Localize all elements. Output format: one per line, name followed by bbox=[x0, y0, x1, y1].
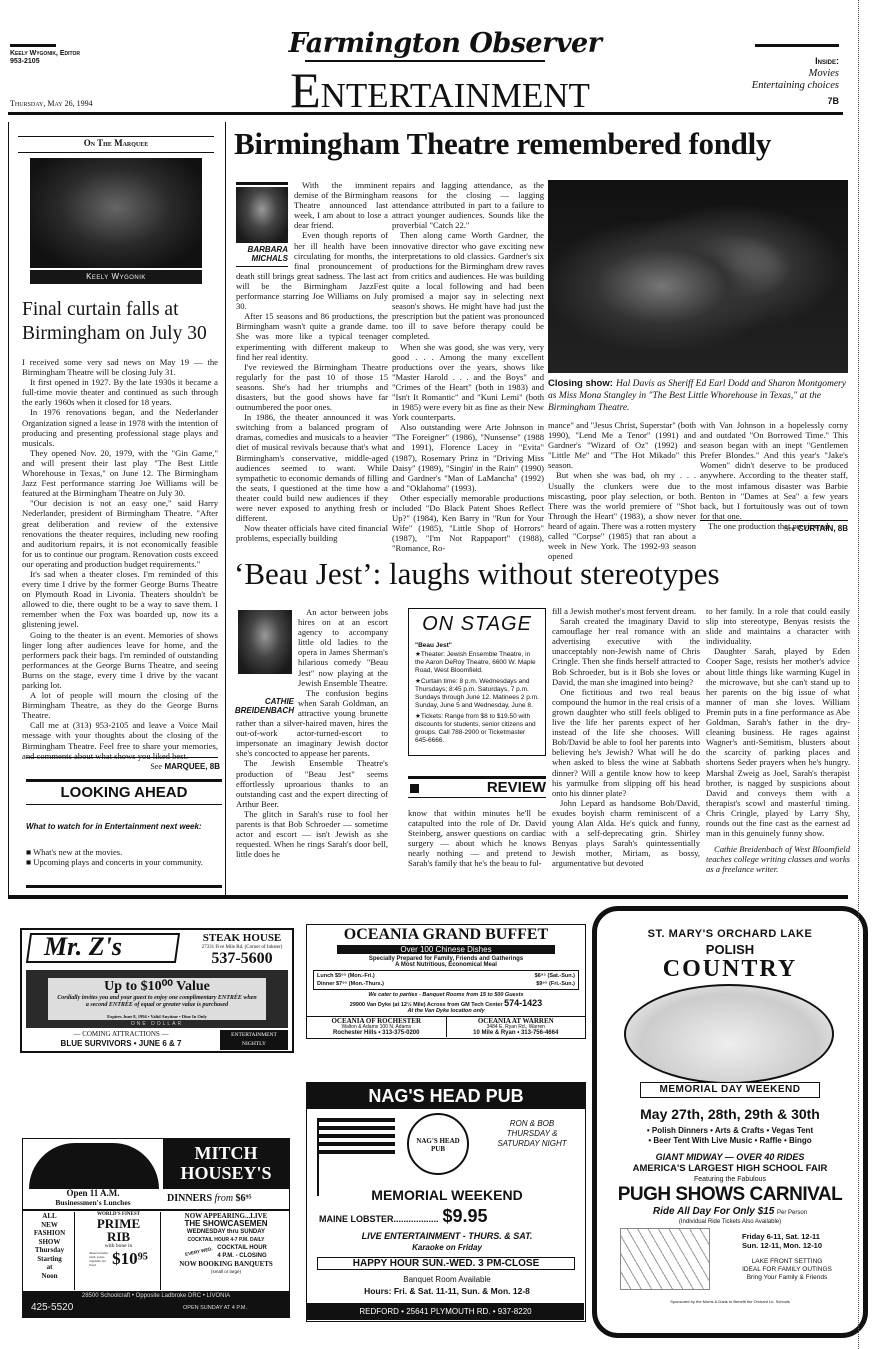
mitch-name: MITCH HOUSEY'S bbox=[163, 1139, 289, 1189]
review-bottom-rule bbox=[408, 797, 546, 798]
mrz-coupon-fine: Expires June 8, 1994 • Valid Anytime • D… bbox=[56, 1014, 258, 1019]
looking-ahead-item: ■ Upcoming plays and concerts in your co… bbox=[26, 857, 222, 867]
inside-label: Inside: bbox=[760, 56, 839, 66]
nags-lobster: MAINE LOBSTER.................. $9.95 bbox=[319, 1206, 579, 1227]
looking-ahead-top-rule bbox=[26, 779, 222, 782]
mitch-divider bbox=[23, 1209, 289, 1211]
nags-title: NAG'S HEAD PUB bbox=[307, 1083, 585, 1109]
mrz-coming-act: BLUE SURVIVORS • JUNE 6 & 7 bbox=[26, 1039, 216, 1048]
article-paragraph: mance" and "Jesus Christ, Superstar" (bo… bbox=[548, 420, 696, 470]
article-paragraph: In 1976 renovations began, and the Neder… bbox=[22, 407, 218, 447]
article-paragraph: Sarah created the imaginary David to cam… bbox=[552, 616, 700, 687]
looking-ahead-bottom-rule bbox=[26, 885, 222, 888]
article-paragraph: I received some very sad news on May 19 … bbox=[22, 357, 218, 377]
polish-fair-line3: COUNTRY bbox=[592, 956, 868, 983]
jump-prefix: See bbox=[150, 762, 162, 771]
inside-list: Movies Entertaining choices bbox=[720, 68, 839, 92]
mrz-coupon[interactable]: Up to $10⁰⁰ Value Cordially invites you … bbox=[26, 970, 288, 1028]
article-paragraph: Call me at (313) 953-2105 and leave a Vo… bbox=[22, 720, 218, 760]
birmingham-jump[interactable]: See CURTAIN, 8B bbox=[700, 524, 848, 533]
oceania-lunch-row: Lunch $5⁹⁵ (Mon.-Fri.) $6⁹⁵ (Sat.-Sun.) bbox=[317, 972, 575, 980]
nags-logo: NAG'S HEAD PUB bbox=[407, 1113, 469, 1175]
mitch-dinners: DINNERS from $6⁹⁵ bbox=[167, 1193, 291, 1204]
caption-label: Closing show: bbox=[548, 378, 613, 389]
nags-act: RON & BOB THURSDAY & SATURDAY NIGHT bbox=[487, 1119, 577, 1149]
polish-fair-sponsor: Sponsored by the Moms & Dads to Benefit … bbox=[632, 1299, 828, 1304]
masthead-bottom-rule bbox=[8, 112, 843, 115]
paper-name: Farmington Observer bbox=[280, 28, 610, 59]
scan-edge-artifact bbox=[858, 0, 859, 1349]
mrz-coupon-footer: ONE DOLLAR bbox=[26, 1021, 288, 1027]
editorial-bottom-rule bbox=[8, 895, 848, 899]
editor-name: Keely Wygonik, Editor bbox=[10, 50, 80, 57]
article-paragraph: I've reviewed the Birmingham Theatre reg… bbox=[236, 362, 388, 412]
masthead-right-rule bbox=[755, 44, 839, 47]
on-stage-item-theater: ★Theater: Jewish Ensemble Theatre, in th… bbox=[415, 651, 539, 675]
article-paragraph: Daughter Sarah, played by Eden Cooper Sa… bbox=[706, 646, 850, 838]
looking-ahead-list: ■ What's new at the movies. ■ Upcoming p… bbox=[26, 847, 222, 867]
article-paragraph: A lot of people will mourn the closing o… bbox=[22, 690, 218, 720]
mitch-fan-logo bbox=[29, 1143, 159, 1189]
polish-fair-setting: LAKE FRONT SETTING IDEAL FOR FAMILY OUTI… bbox=[722, 1258, 852, 1282]
on-stage-item-curtain: ★Curtain time: 8 p.m. Wednesdays and Thu… bbox=[415, 678, 539, 710]
nags-head-pub-ad[interactable]: NAG'S HEAD PUB NAG'S HEAD PUB RON & BOB … bbox=[306, 1082, 586, 1322]
mitch-housey-ad[interactable]: MITCH HOUSEY'S Open 11 A.M. Businessmen'… bbox=[22, 1138, 290, 1318]
mitch-hours: Open 11 A.M. Businessmen's Lunches bbox=[25, 1189, 161, 1207]
article-paragraph: It's sad when a theater closes. I'm remi… bbox=[22, 569, 218, 630]
oceania-locations: OCEANIA OF ROCHESTER Walton & Adams 100 … bbox=[307, 1016, 585, 1037]
article-paragraph: The Jewish Ensemble Theatre's production… bbox=[236, 758, 388, 808]
inside-item-movies[interactable]: Movies bbox=[720, 68, 839, 80]
looking-ahead-title: LOOKING AHEAD bbox=[26, 784, 222, 801]
on-stage-show: "Beau Jest" bbox=[415, 642, 539, 649]
mitch-sunday: OPEN SUNDAY AT 4 P.M. bbox=[183, 1305, 247, 1311]
birmingham-headline: Birmingham Theatre remembered fondly bbox=[234, 126, 854, 162]
nags-karaoke: Karaoke on Friday bbox=[307, 1243, 587, 1252]
mrz-phone: 537-5600 bbox=[192, 950, 292, 968]
oceania-title: OCEANIA GRAND BUFFET bbox=[307, 926, 585, 944]
polish-fair-line1: ST. MARY'S ORCHARD LAKE bbox=[592, 928, 868, 940]
nags-live: LIVE ENTERTAINMENT - THURS. & SAT. bbox=[307, 1231, 587, 1241]
oceania-phone: 574-1423 bbox=[504, 998, 542, 1008]
marquee-kicker-rule bbox=[18, 152, 214, 153]
closing-show-photo bbox=[548, 180, 848, 373]
polish-fair-carnival: PUGH SHOWS CARNIVAL bbox=[592, 1184, 868, 1206]
mitch-fashion-show: ALL NEW FASHION SHOW Thursday Starting a… bbox=[25, 1212, 75, 1290]
beau-jest-col4: to her family. In a role that could easi… bbox=[706, 606, 850, 874]
nags-address: REDFORD • 25641 PLYMOUTH RD. • 937-8220 bbox=[307, 1303, 584, 1320]
author-tagline: Cathie Breidenbach of West Bloomfield te… bbox=[706, 844, 850, 874]
polish-fair-dates: May 27th, 28th, 29th & 30th bbox=[592, 1106, 868, 1122]
mitch-prime-rib: WORLD'S FINEST PRIME RIB with bone in di… bbox=[77, 1212, 161, 1290]
review-square-icon bbox=[410, 784, 419, 793]
article-paragraph: with Van Johnson in a hopelessly corny a… bbox=[700, 420, 848, 521]
oceania-banner: Over 100 Chinese Dishes bbox=[337, 945, 555, 954]
polish-fair-ribbon: MEMORIAL DAY WEEKEND bbox=[640, 1082, 820, 1098]
columnist-photo-caption: Keely Wygonik bbox=[30, 270, 202, 284]
oceania-ad[interactable]: OCEANIA GRAND BUFFET Over 100 Chinese Di… bbox=[306, 924, 586, 1039]
polish-fair-line2: POLISH bbox=[592, 942, 868, 957]
jump-target: CURTAIN, 8B bbox=[798, 524, 848, 533]
byline-float-spacer bbox=[236, 180, 294, 266]
mrz-coupon-text: Cordially invites you and your guest to … bbox=[56, 995, 258, 1009]
mrz-coupon-title: Up to $10⁰⁰ Value bbox=[26, 978, 288, 995]
polish-fair-hours: Friday 6-11, Sat. 12-11 Sun. 12-11, Mon.… bbox=[742, 1232, 852, 1250]
page-number: 7B bbox=[800, 96, 839, 106]
polish-fair-largest: AMERICA'S LARGEST HIGH SCHOOL FAIR bbox=[592, 1163, 868, 1174]
polish-fair-ad[interactable]: ST. MARY'S ORCHARD LAKE POLISH COUNTRY F… bbox=[592, 906, 868, 1338]
article-paragraph: Now theater officials have cited financi… bbox=[236, 523, 388, 543]
article-paragraph: "Our decision is not an easy one," said … bbox=[22, 498, 218, 569]
jump-target: MARQUEE, 8B bbox=[164, 762, 220, 771]
nags-happy-hour: HAPPY HOUR SUN.-WED. 3 PM-CLOSE bbox=[317, 1257, 575, 1270]
birmingham-col3: mance" and "Jesus Christ, Superstar" (bo… bbox=[548, 420, 696, 561]
article-paragraph: After 15 seasons and 86 productions, the… bbox=[236, 311, 388, 361]
oceania-rochester: OCEANIA OF ROCHESTER Walton & Adams 100 … bbox=[307, 1017, 447, 1037]
marquee-jump[interactable]: See MARQUEE, 8B bbox=[100, 762, 220, 771]
on-stage-item-tickets: ★Tickets: Range from $8 to $19.50 with d… bbox=[415, 713, 539, 745]
mitch-footer: 28500 Schoolcraft • Opposite Ladbroke DR… bbox=[23, 1291, 289, 1317]
oceania-note: At the Van Dyke location only bbox=[307, 1008, 585, 1014]
on-stage-title: ON STAGE bbox=[409, 613, 545, 636]
closing-show-caption: Closing show: Hal Davis as Sheriff Ed Ea… bbox=[548, 378, 848, 414]
polish-fair-ride-line: Ride All Day For Only $15 Per Person bbox=[592, 1206, 868, 1217]
birmingham-col2: repairs and lagging attendance, as the r… bbox=[392, 180, 544, 553]
polish-fair-features: • Polish Dinners • Arts & Crafts • Vegas… bbox=[592, 1126, 868, 1146]
polish-fair-midway: GIANT MIDWAY — OVER 40 RIDES bbox=[592, 1152, 868, 1162]
nags-hours: Hours: Fri. & Sat. 11-11, Sun. & Mon. 12… bbox=[307, 1286, 587, 1296]
mitch-address: 28500 Schoolcraft • Opposite Ladbroke DR… bbox=[23, 1293, 289, 1299]
mitch-entertainment: NOW APPEARING...LIVE THE SHOWCASEMEN WED… bbox=[163, 1212, 289, 1276]
birmingham-col4: with Van Johnson in a hopelessly corny a… bbox=[700, 420, 848, 531]
article-paragraph: The glitch in Sarah's ruse to fool her p… bbox=[236, 809, 388, 859]
jump-prefix: See bbox=[784, 524, 796, 533]
article-paragraph: They opened Nov. 20, 1979, with the "Gin… bbox=[22, 448, 218, 498]
marquee-top-rule bbox=[18, 136, 214, 137]
beau-jest-headline: ‘Beau Jest’: laughs without stereotypes bbox=[234, 556, 854, 592]
article-paragraph: fill a Jewish mother's most fervent drea… bbox=[552, 606, 700, 616]
polish-fair-map bbox=[620, 1228, 710, 1290]
polish-fair-tickets: (Individual Ride Tickets Also Available) bbox=[592, 1219, 868, 1225]
marquee-kicker: On The Marquee bbox=[18, 138, 214, 148]
article-paragraph: But when she was bad, oh my . . . Usuall… bbox=[548, 470, 696, 561]
on-stage-box: ON STAGE "Beau Jest" ★Theater: Jewish En… bbox=[408, 608, 546, 756]
polish-fair-illustration bbox=[624, 984, 834, 1084]
mrz-logo: Mr. Z's bbox=[44, 932, 122, 962]
nags-banquet: Banquet Room Available bbox=[307, 1275, 587, 1284]
polish-fair-featuring: Featuring the Fabulous bbox=[592, 1176, 868, 1183]
beau-jest-col3: fill a Jewish mother's most fervent drea… bbox=[552, 606, 700, 868]
on-stage-list: ★Theater: Jewish Ensemble Theatre, in th… bbox=[415, 651, 539, 745]
masthead-left-rule bbox=[10, 44, 56, 47]
mrz-type: STEAK HOUSE bbox=[192, 932, 292, 944]
article-paragraph: John Lepard as handsome Bob/David, exude… bbox=[552, 798, 700, 869]
oceania-warren: OCEANIA AT WARREN 3484 E. Ryan Rd., Warr… bbox=[447, 1017, 586, 1037]
marquee-end-rule bbox=[26, 757, 218, 758]
birmingham-col1: With the imminent demise of the Birmingh… bbox=[236, 180, 388, 543]
review-label: REVIEW bbox=[430, 779, 546, 796]
article-paragraph: In 1986, the theater announced it was sw… bbox=[236, 412, 388, 523]
looking-ahead-item: ■ What's new at the movies. bbox=[26, 847, 222, 857]
beau-jest-col1: An actor between jobs hires on at an esc… bbox=[236, 607, 388, 859]
mrz-ad[interactable]: Mr. Z's STEAK HOUSE 27331 Five Mile Rd. … bbox=[20, 928, 294, 1053]
article-paragraph: Then along came Worth Gardner, the innov… bbox=[392, 230, 544, 341]
mitch-phone: 425-5520 bbox=[31, 1302, 73, 1313]
article-paragraph: repairs and lagging attendance, as the r… bbox=[392, 180, 544, 230]
american-flag-icon bbox=[317, 1118, 395, 1156]
looking-ahead-intro: What to watch for in Entertainment next … bbox=[26, 822, 222, 831]
marquee-headline: Final curtain falls at Birmingham on Jul… bbox=[22, 298, 222, 346]
mrz-coming-label: — COMING ATTRACTIONS — bbox=[26, 1030, 216, 1038]
oceania-tagline2: A Most Nutritious, Economical Meal bbox=[307, 962, 585, 968]
article-paragraph: to her family. In a role that could easi… bbox=[706, 606, 850, 646]
article-paragraph: It first opened in 1927. By the late 193… bbox=[22, 377, 218, 407]
oceania-dinner-row: Dinner $7⁹⁵ (Mon.-Thurs.) $9⁹⁵ (Fri.-Sun… bbox=[317, 980, 575, 988]
article-paragraph: When she was good, she was very, very go… bbox=[392, 342, 544, 423]
article-paragraph: know that within minutes he'll be catapu… bbox=[408, 808, 546, 869]
birmingham-end-rule bbox=[700, 520, 848, 521]
marquee-article: I received some very sad news on May 19 … bbox=[22, 357, 218, 761]
section-title: Entertainment bbox=[240, 66, 640, 114]
article-paragraph: One fictitious and two real beaus compou… bbox=[552, 687, 700, 798]
inside-item-entertaining-choices[interactable]: Entertaining choices bbox=[720, 80, 839, 92]
article-paragraph: Also outstanding were Arte Johnson in "T… bbox=[392, 422, 544, 493]
article-paragraph: Going to the theater is an event. Memori… bbox=[22, 630, 218, 691]
article-paragraph: Other especially memorable productions i… bbox=[392, 493, 544, 554]
oceania-price-table: Lunch $5⁹⁵ (Mon.-Fri.) $6⁹⁵ (Sat.-Sun.) … bbox=[313, 970, 579, 990]
byline-float-spacer bbox=[236, 607, 298, 711]
looking-ahead-title-rule bbox=[26, 804, 222, 805]
mrz-nightly: ENTERTAINMENT NIGHTLY bbox=[220, 1030, 288, 1050]
editor-phone: 953-2105 bbox=[10, 58, 40, 65]
columnist-photo bbox=[30, 158, 202, 268]
flag-pole bbox=[317, 1118, 319, 1196]
beau-jest-col2: know that within minutes he'll be catapu… bbox=[408, 808, 546, 869]
oceania-address-line: 29900 Van Dyke (at 12½ Mile) Across from… bbox=[307, 998, 585, 1008]
nags-memorial: MEMORIAL WEEKEND bbox=[307, 1187, 587, 1203]
issue-date: Thursday, May 26, 1994 bbox=[10, 99, 93, 108]
